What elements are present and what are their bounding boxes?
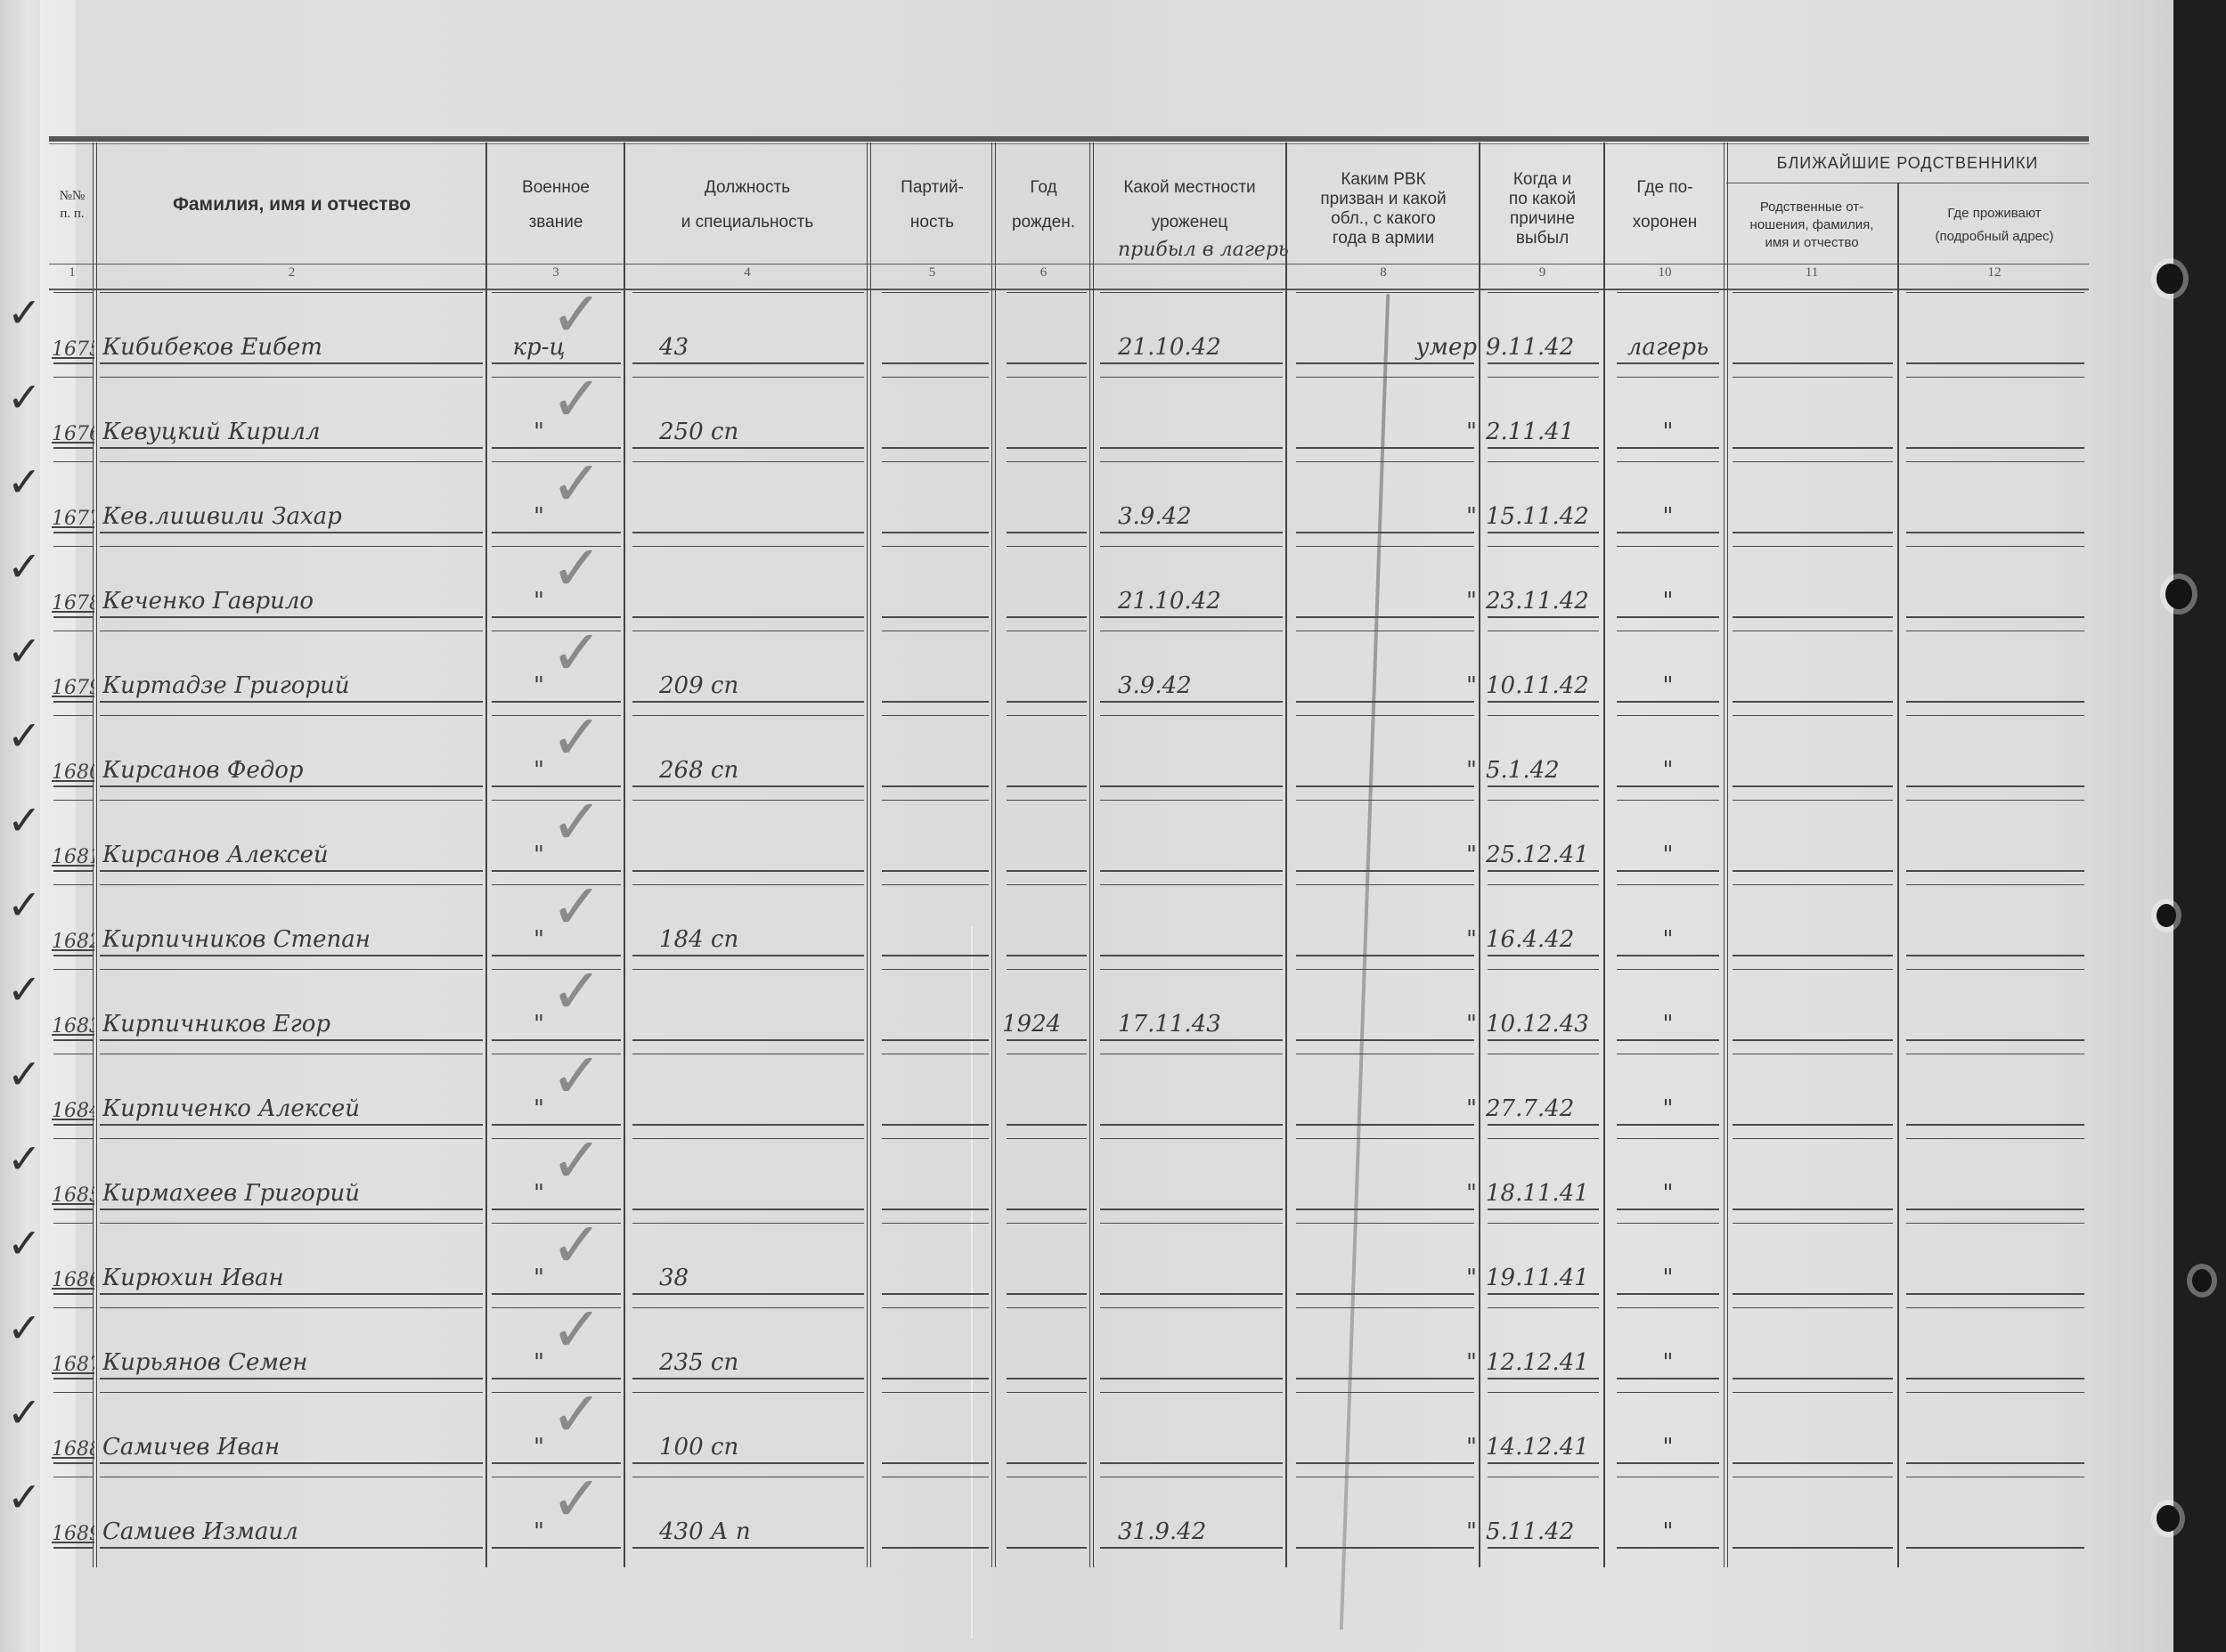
row-rule bbox=[882, 292, 989, 293]
pencil-check-icon: ✓ bbox=[550, 1045, 603, 1107]
position-specialty: 268 сп bbox=[659, 757, 864, 784]
row-rule bbox=[1296, 1547, 1474, 1549]
row-rule bbox=[1488, 1392, 1599, 1393]
row-rule bbox=[1007, 715, 1087, 716]
row-rule bbox=[1617, 1039, 1719, 1041]
row-rule bbox=[1906, 870, 2084, 872]
row-rule bbox=[1733, 631, 1893, 631]
margin-check-icon: ✓ bbox=[7, 1054, 42, 1095]
top-border-rule-thin bbox=[49, 143, 2089, 144]
row-rule bbox=[1488, 1054, 1599, 1054]
row-rule bbox=[1488, 1477, 1599, 1477]
row-rule bbox=[1100, 1124, 1283, 1126]
row-rule bbox=[100, 377, 483, 378]
header-text: и специальность bbox=[681, 211, 813, 233]
margin-check-icon: ✓ bbox=[7, 1138, 42, 1179]
row-rule bbox=[882, 546, 989, 547]
row-rule bbox=[1733, 1124, 1893, 1126]
pencil-check-icon: ✓ bbox=[550, 452, 603, 515]
row-rule bbox=[1007, 362, 1087, 364]
row-rule bbox=[632, 1477, 864, 1477]
row-rule bbox=[1733, 377, 1893, 378]
table-row: 1687.Кирьянов Семен"235 сп"12.12.41"✓✓ bbox=[0, 1307, 2173, 1392]
row-rule bbox=[53, 377, 93, 378]
row-rule bbox=[1296, 1307, 1474, 1308]
row-rule bbox=[1617, 870, 1719, 872]
row-rule bbox=[100, 701, 483, 703]
arrived-in-camp-date: 3.9.42 bbox=[1118, 672, 1283, 699]
row-rule bbox=[53, 1223, 93, 1224]
header-text: выбыл bbox=[1516, 229, 1569, 248]
row-rule bbox=[1906, 969, 2084, 970]
row-number: 1681 bbox=[52, 846, 94, 868]
row-rule bbox=[492, 1547, 621, 1549]
row-rule bbox=[882, 1208, 989, 1210]
column-number: 6 bbox=[996, 265, 1091, 289]
departure-date: 16.4.42 bbox=[1486, 926, 1602, 953]
row-rule bbox=[632, 1307, 864, 1308]
row-rule bbox=[1296, 785, 1474, 787]
margin-check-icon: ✓ bbox=[7, 969, 42, 1010]
header-text: призван и какой bbox=[1320, 190, 1446, 209]
rvk-conscription: " bbox=[1376, 1265, 1477, 1291]
header-text: Где по- bbox=[1636, 176, 1692, 199]
row-rule bbox=[1100, 532, 1283, 533]
row-rule bbox=[1100, 1477, 1283, 1477]
row-rule bbox=[882, 1293, 989, 1295]
row-rule bbox=[100, 292, 483, 293]
row-number: 1683 bbox=[52, 1015, 94, 1038]
row-rule bbox=[1733, 1547, 1893, 1549]
row-rule bbox=[1617, 1208, 1719, 1210]
row-rule bbox=[1733, 1223, 1893, 1224]
row-rule bbox=[1296, 377, 1474, 378]
row-rule bbox=[100, 1293, 483, 1295]
row-rule bbox=[53, 1477, 93, 1477]
row-rule bbox=[53, 631, 93, 631]
row-rule bbox=[100, 1208, 483, 1210]
row-rule bbox=[1007, 1378, 1087, 1379]
row-rule bbox=[1617, 800, 1719, 801]
row-rule bbox=[1296, 546, 1474, 547]
burial-place: " bbox=[1612, 503, 1724, 530]
column-number: 12 bbox=[1900, 265, 2089, 289]
margin-check-icon: ✓ bbox=[7, 884, 42, 925]
row-rule bbox=[1007, 1054, 1087, 1054]
row-rule bbox=[632, 616, 864, 618]
table-row: 1677Кев.лишвили Захар"3.9.42"15.11.42"✓✓ bbox=[0, 461, 2173, 546]
row-rule bbox=[53, 1547, 93, 1549]
header-text: года в армии bbox=[1333, 229, 1434, 248]
row-rule bbox=[882, 461, 989, 462]
row-rule bbox=[632, 969, 864, 970]
full-name: Кевуцкий Кирилл bbox=[102, 419, 484, 445]
row-rule bbox=[1007, 1124, 1087, 1126]
row-rule bbox=[100, 1392, 483, 1393]
row-rule bbox=[1488, 1307, 1599, 1308]
row-rule bbox=[632, 1054, 864, 1054]
row-rule bbox=[882, 1462, 989, 1464]
row-rule bbox=[1617, 616, 1719, 618]
header-text: Год bbox=[1030, 176, 1056, 199]
departure-date: 12.12.41 bbox=[1486, 1349, 1602, 1376]
row-rule bbox=[100, 884, 483, 885]
row-rule bbox=[1488, 616, 1599, 618]
row-rule bbox=[100, 1547, 483, 1549]
column-number: 2 bbox=[98, 265, 485, 289]
row-rule bbox=[1100, 362, 1283, 364]
row-rule bbox=[53, 532, 93, 533]
row-rule bbox=[1100, 292, 1283, 293]
pencil-check-icon: ✓ bbox=[550, 706, 603, 769]
row-rule bbox=[100, 715, 483, 716]
row-rule bbox=[1296, 292, 1474, 293]
row-rule bbox=[882, 1138, 989, 1139]
row-rule bbox=[1488, 884, 1599, 885]
header-text: Когда и bbox=[1513, 170, 1571, 190]
row-rule bbox=[1906, 461, 2084, 462]
row-rule bbox=[100, 447, 483, 449]
row-number: 1687. bbox=[52, 1354, 94, 1376]
row-rule bbox=[100, 800, 483, 801]
rvk-conscription: " bbox=[1376, 503, 1477, 530]
row-rule bbox=[1488, 955, 1599, 956]
row-rule bbox=[1296, 701, 1474, 703]
row-rule bbox=[1617, 701, 1719, 703]
margin-check-icon: ✓ bbox=[7, 631, 42, 671]
full-name: Кибибеков Еибет bbox=[102, 334, 484, 361]
arrived-in-camp-date: 21.10.42 bbox=[1118, 334, 1283, 361]
header-text: Партий- bbox=[901, 176, 964, 199]
row-rule bbox=[1007, 546, 1087, 547]
row-rule bbox=[1906, 1039, 2084, 1041]
row-number: 1677 bbox=[52, 508, 94, 530]
row-rule bbox=[1296, 461, 1474, 462]
row-rule bbox=[53, 1293, 93, 1295]
row-rule bbox=[1906, 616, 2084, 618]
handwritten-header-note: прибыл в лагерь bbox=[1118, 239, 1289, 261]
row-rule bbox=[1617, 377, 1719, 378]
column-number: 5 bbox=[871, 265, 993, 289]
margin-check-icon: ✓ bbox=[7, 292, 42, 333]
row-rule bbox=[1617, 292, 1719, 293]
row-rule bbox=[1488, 447, 1599, 449]
row-rule bbox=[100, 870, 483, 872]
full-name: Кирьянов Семен bbox=[102, 1349, 484, 1376]
scanner-edge bbox=[2173, 0, 2226, 1652]
row-rule bbox=[100, 1138, 483, 1139]
burial-place: лагерь bbox=[1612, 334, 1724, 361]
row-rule bbox=[632, 1378, 864, 1379]
row-rule bbox=[1906, 1208, 2084, 1210]
row-rule bbox=[1007, 631, 1087, 631]
row-number: 1676 bbox=[52, 423, 94, 445]
row-rule bbox=[53, 546, 93, 547]
row-rule bbox=[882, 1054, 989, 1054]
pencil-check-icon: ✓ bbox=[550, 1129, 603, 1192]
header-col-6: Год рожден. bbox=[996, 169, 1091, 240]
colnum-bottom-rule bbox=[49, 289, 2089, 290]
row-rule bbox=[53, 1124, 93, 1126]
row-rule bbox=[53, 955, 93, 956]
rvk-conscription: " bbox=[1376, 1095, 1477, 1122]
full-name: Самиев Измаил bbox=[102, 1518, 484, 1545]
row-rule bbox=[53, 1054, 93, 1054]
pencil-check-icon: ✓ bbox=[550, 537, 603, 599]
row-rule bbox=[1100, 800, 1283, 801]
table-row: 1683Кирпичников Егор"192417.11.43"10.12.… bbox=[0, 969, 2173, 1054]
burial-place: " bbox=[1612, 842, 1724, 868]
row-rule bbox=[1733, 1293, 1893, 1295]
row-rule bbox=[1617, 1547, 1719, 1549]
row-rule bbox=[632, 292, 864, 293]
row-rule bbox=[882, 884, 989, 885]
full-name: Самичев Иван bbox=[102, 1434, 484, 1461]
row-rule bbox=[1296, 1054, 1474, 1054]
row-rule bbox=[1733, 1378, 1893, 1379]
row-number: 1680 bbox=[52, 761, 94, 784]
table-row: 1681Кирсанов Алексей""25.12.41"✓✓ bbox=[0, 800, 2173, 884]
position-specialty: 43 bbox=[659, 334, 864, 361]
row-rule bbox=[882, 1477, 989, 1477]
row-rule bbox=[1296, 1378, 1474, 1379]
row-number: 1685 bbox=[52, 1184, 94, 1207]
row-rule bbox=[53, 800, 93, 801]
margin-check-icon: ✓ bbox=[7, 715, 42, 756]
burial-place: " bbox=[1612, 1265, 1724, 1291]
row-rule bbox=[632, 1138, 864, 1139]
row-number: 1686. bbox=[52, 1269, 94, 1291]
row-rule bbox=[882, 377, 989, 378]
row-rule bbox=[1617, 1378, 1719, 1379]
row-rule bbox=[882, 447, 989, 449]
pencil-check-icon: ✓ bbox=[550, 791, 603, 853]
row-rule bbox=[1488, 362, 1599, 364]
margin-check-icon: ✓ bbox=[7, 546, 42, 587]
row-rule bbox=[1906, 785, 2084, 787]
row-rule bbox=[1906, 884, 2084, 885]
row-rule bbox=[882, 955, 989, 956]
row-rule bbox=[1007, 800, 1087, 801]
row-rule bbox=[1007, 1208, 1087, 1210]
header-text: п. п. bbox=[60, 205, 84, 223]
row-rule bbox=[100, 631, 483, 631]
header-col-10: Где по- хоронен bbox=[1606, 169, 1724, 240]
row-rule bbox=[1488, 1124, 1599, 1126]
row-rule bbox=[1100, 1378, 1283, 1379]
table-row: 1679Киртадзе Григорий"209 сп3.9.42"10.11… bbox=[0, 631, 2173, 715]
departure-date: 25.12.41 bbox=[1486, 842, 1602, 868]
position-specialty: 250 сп bbox=[659, 419, 864, 445]
column-number: 9 bbox=[1481, 265, 1603, 289]
row-rule bbox=[1488, 1378, 1599, 1379]
table-row: 1689.Самиев Измаил"430 А п31.9.42"5.11.4… bbox=[0, 1477, 2173, 1561]
row-rule bbox=[1733, 870, 1893, 872]
row-rule bbox=[632, 362, 864, 364]
header-text: Родственные от- bbox=[1760, 199, 1863, 216]
row-rule bbox=[1617, 1293, 1719, 1295]
row-rule bbox=[1007, 785, 1087, 787]
row-rule bbox=[1007, 292, 1087, 293]
row-rule bbox=[1906, 1293, 2084, 1295]
row-rule bbox=[1296, 1293, 1474, 1295]
pencil-check-icon: ✓ bbox=[550, 1468, 603, 1530]
row-rule bbox=[1007, 1293, 1087, 1295]
row-rule bbox=[1100, 447, 1283, 449]
row-rule bbox=[632, 785, 864, 787]
pencil-check-icon: ✓ bbox=[550, 368, 603, 430]
burial-place: " bbox=[1612, 1434, 1724, 1461]
margin-check-icon: ✓ bbox=[7, 1477, 42, 1518]
header-text: Военное bbox=[522, 176, 590, 199]
pencil-check-icon: ✓ bbox=[550, 283, 603, 346]
row-rule bbox=[53, 1039, 93, 1041]
header-col-11: Родственные от- ношения, фамилия, имя и … bbox=[1726, 191, 1897, 258]
row-rule bbox=[1906, 1378, 2084, 1379]
row-rule bbox=[1100, 1547, 1283, 1549]
row-rule bbox=[1100, 870, 1283, 872]
row-rule bbox=[632, 631, 864, 631]
row-rule bbox=[53, 1378, 93, 1379]
punch-hole bbox=[2192, 1269, 2212, 1292]
row-rule bbox=[632, 1039, 864, 1041]
row-rule bbox=[100, 955, 483, 956]
row-rule bbox=[1733, 362, 1893, 364]
pencil-check-icon: ✓ bbox=[550, 1214, 603, 1276]
row-rule bbox=[1488, 800, 1599, 801]
header-text: ность bbox=[910, 211, 954, 233]
rvk-conscription: умер bbox=[1376, 334, 1477, 361]
full-name: Кирсанов Алексей bbox=[102, 842, 484, 868]
row-rule bbox=[100, 461, 483, 462]
header-col-12: Где проживают (подробный адрес) bbox=[1900, 191, 2089, 258]
rvk-conscription: " bbox=[1376, 1011, 1477, 1038]
column-number: 1 bbox=[49, 265, 95, 289]
row-rule bbox=[1733, 800, 1893, 801]
row-rule bbox=[1488, 532, 1599, 533]
pencil-check-icon: ✓ bbox=[550, 1383, 603, 1445]
departure-date: 2.11.41 bbox=[1486, 419, 1602, 445]
row-rule bbox=[1733, 292, 1893, 293]
header-col-7: Какой местности уроженец bbox=[1094, 169, 1285, 240]
full-name: Кев.лишвили Захар bbox=[102, 503, 484, 530]
position-specialty: 209 сп bbox=[659, 672, 864, 699]
column-number: 4 bbox=[626, 265, 868, 289]
rvk-conscription: " bbox=[1376, 588, 1477, 614]
arrived-in-camp-date: 3.9.42 bbox=[1118, 503, 1283, 530]
row-rule bbox=[53, 884, 93, 885]
row-rule bbox=[1733, 969, 1893, 970]
row-rule bbox=[1100, 701, 1283, 703]
row-rule bbox=[632, 1547, 864, 1549]
row-rule bbox=[1296, 1462, 1474, 1464]
burial-place: " bbox=[1612, 757, 1724, 784]
row-rule bbox=[1733, 1039, 1893, 1041]
row-rule bbox=[1488, 1138, 1599, 1139]
full-name: Кеченко Гаврило bbox=[102, 588, 484, 614]
margin-check-icon: ✓ bbox=[7, 377, 42, 418]
row-rule bbox=[53, 701, 93, 703]
row-rule bbox=[882, 1039, 989, 1041]
row-rule bbox=[1906, 447, 2084, 449]
row-rule bbox=[1617, 631, 1719, 631]
row-number: 1689. bbox=[52, 1523, 94, 1545]
row-rule bbox=[1007, 1392, 1087, 1393]
margin-check-icon: ✓ bbox=[7, 1307, 42, 1348]
arrived-in-camp-date: 17.11.43 bbox=[1118, 1011, 1283, 1038]
row-rule bbox=[1733, 1462, 1893, 1464]
header-divider bbox=[1726, 183, 2089, 183]
header-text: Должность bbox=[705, 176, 790, 199]
header-text: Какой местности bbox=[1123, 176, 1255, 199]
row-rule bbox=[1488, 1547, 1599, 1549]
row-rule bbox=[1617, 1477, 1719, 1477]
row-rule bbox=[1617, 461, 1719, 462]
burial-place: " bbox=[1612, 1349, 1724, 1376]
row-rule bbox=[1100, 461, 1283, 462]
row-rule bbox=[882, 616, 989, 618]
row-rule bbox=[1488, 715, 1599, 716]
row-rule bbox=[632, 532, 864, 533]
row-rule bbox=[1488, 969, 1599, 970]
row-rule bbox=[1733, 955, 1893, 956]
row-rule bbox=[1100, 1293, 1283, 1295]
row-number: 1678 bbox=[52, 592, 94, 614]
row-rule bbox=[1733, 461, 1893, 462]
table-row: 1682Кирпичников Степан"184 сп"16.4.42"✓✓ bbox=[0, 884, 2173, 969]
row-rule bbox=[632, 1208, 864, 1210]
table-row: 1680Кирсанов Федор"268 сп"5.1.42"✓✓ bbox=[0, 715, 2173, 800]
row-rule bbox=[882, 870, 989, 872]
row-rule bbox=[632, 701, 864, 703]
row-rule bbox=[1906, 1392, 2084, 1393]
row-rule bbox=[1007, 701, 1087, 703]
row-rule bbox=[882, 785, 989, 787]
row-rule bbox=[1906, 1138, 2084, 1139]
row-rule bbox=[1007, 377, 1087, 378]
row-rule bbox=[100, 785, 483, 787]
row-rule bbox=[1733, 715, 1893, 716]
row-rule bbox=[1488, 377, 1599, 378]
pencil-check-icon: ✓ bbox=[550, 622, 603, 684]
row-rule bbox=[1100, 1138, 1283, 1139]
burial-place: " bbox=[1612, 1518, 1724, 1545]
row-rule bbox=[1007, 955, 1087, 956]
row-rule bbox=[1296, 715, 1474, 716]
row-rule bbox=[1906, 1223, 2084, 1224]
row-rule bbox=[1906, 377, 2084, 378]
row-rule bbox=[1007, 616, 1087, 618]
row-number: 1675 bbox=[52, 338, 94, 361]
burial-place: " bbox=[1612, 926, 1724, 953]
row-rule bbox=[100, 1054, 483, 1054]
departure-date: 10.12.43 bbox=[1486, 1011, 1602, 1038]
header-col-8: Каким РВК призван и какой обл., с какого… bbox=[1288, 160, 1479, 258]
row-rule bbox=[1906, 292, 2084, 293]
rvk-conscription: " bbox=[1376, 672, 1477, 699]
full-name: Киртадзе Григорий bbox=[102, 672, 484, 699]
row-rule bbox=[1488, 1039, 1599, 1041]
row-rule bbox=[1100, 969, 1283, 970]
departure-date: 23.11.42 bbox=[1486, 588, 1602, 614]
departure-date: 5.1.42 bbox=[1486, 757, 1602, 784]
row-rule bbox=[1617, 1392, 1719, 1393]
row-rule bbox=[100, 1477, 483, 1477]
row-rule bbox=[1617, 546, 1719, 547]
row-rule bbox=[882, 1392, 989, 1393]
position-specialty: 100 сп bbox=[659, 1434, 864, 1461]
header-text: Каким РВК bbox=[1341, 170, 1425, 190]
